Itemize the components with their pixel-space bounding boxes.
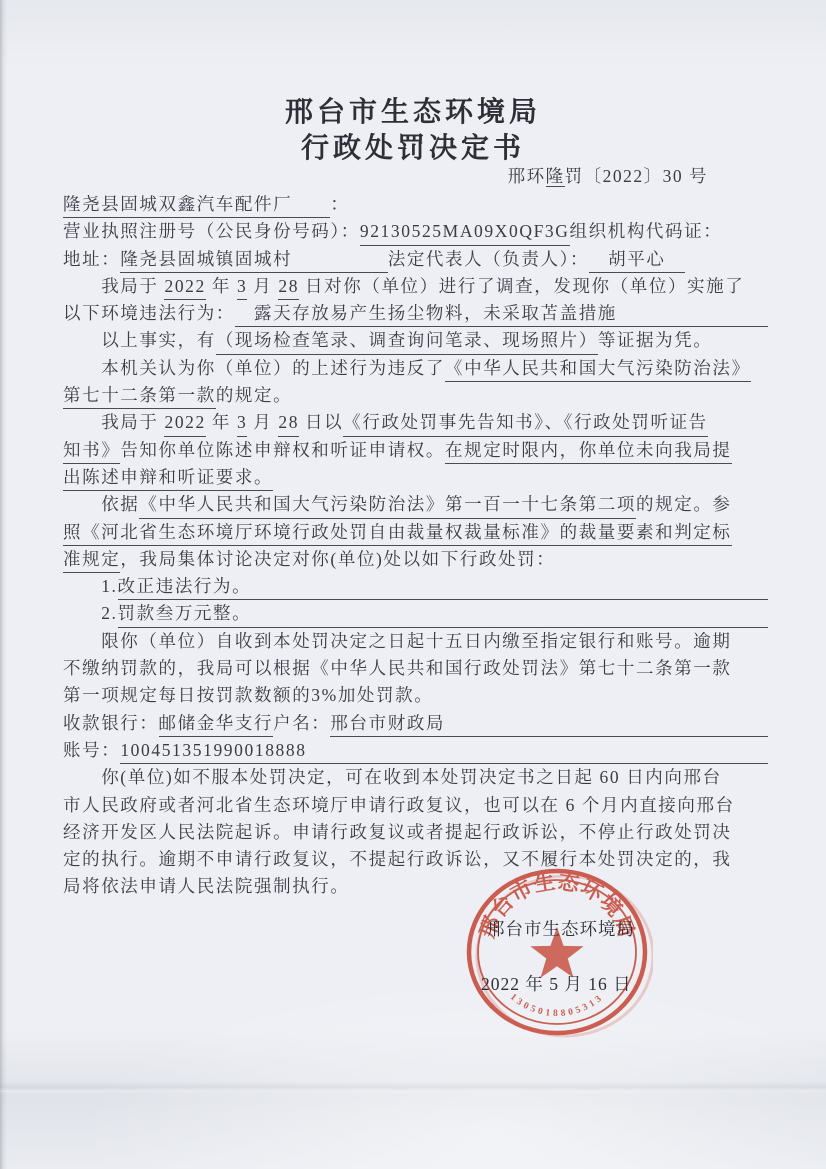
underlined-text-segment: 《中华人民共和国大气污染防治法》 — [445, 355, 751, 382]
text-segment: 月 — [247, 409, 278, 436]
underlined-text-segment: 3 — [237, 409, 247, 436]
document-line: 第一项规定每日按罚款数额的3%加处罚款。 — [63, 682, 768, 709]
text-segment: ，我局集体讨论决定对你(单位)处以如下行政处罚： — [120, 546, 555, 573]
document-line: 本机关认为你（单位）的上述行为违反了《中华人民共和国大气污染防治法》 — [63, 355, 768, 382]
document-line: 以下环境违法行为： 露天存放易产生扬尘物料，未采取苫盖措施 — [63, 300, 768, 327]
document-line: 你(单位)如不服本处罚决定，可在收到本处罚决定书之日起 60 日内向邢台 — [63, 764, 768, 791]
text-segment: 收款银行： — [63, 710, 159, 737]
text-segment: 年 — [206, 409, 237, 436]
document-line: 市人民政府或者河北省生态环境厅申请行政复议，也可以在 6 个月内直接向邢台 — [63, 792, 768, 819]
underlined-text-segment: 出陈述申辩和听证要求。 — [63, 464, 273, 491]
document-line: 出陈述申辩和听证要求。 — [63, 464, 768, 491]
text-segment: 邢环 — [508, 166, 546, 186]
text-segment: 本机关认为你（单位）的上述行为违反了 — [63, 355, 445, 382]
document-line: 我局于 2022 年 3 月 28 日对你（单位）进行了调查，发现你（单位）实施… — [63, 273, 768, 300]
document-line: 账号：100451351990018888 — [63, 737, 768, 764]
text-segment: 月 — [247, 273, 278, 300]
text-segment: 户名： — [273, 710, 330, 737]
text-segment: 法定代表人（负责人）： — [388, 246, 589, 273]
text-segment: ： — [330, 191, 349, 218]
document-line: 照《河北省生态环境厅环境行政处罚自由裁量权裁量标准》的裁量要素和判定标 — [63, 519, 768, 546]
underlined-text-segment: 隆尧县固城镇固城村 — [120, 246, 292, 273]
underlined-text-segment: 改正违法行为。 — [118, 573, 252, 600]
body-lines: 隆尧县固城双鑫汽车配件厂 ：营业执照注册号（公民身份号码）：92130525MA… — [63, 191, 768, 901]
document-line: 我局于 2022 年 3 月 28 日以《行政处罚事先告知书》、《行政处罚听证告 — [63, 409, 768, 436]
blank-underline — [251, 600, 768, 627]
document-line: 2.罚款叁万元整。 — [63, 600, 768, 627]
document-title-agency: 邢台市生态环境局 — [0, 90, 826, 130]
document-line: 准规定，我局集体讨论决定对你(单位)处以如下行政处罚： — [63, 546, 768, 573]
text-segment: 不缴纳罚款的，我局可以根据《中华人民共和国行政处罚法》第七十二条第一款 — [63, 655, 732, 682]
official-seal: 邢台市生态环境局 1305018805313 — [461, 863, 653, 1043]
underlined-text-segment: 照《河北省生态环境厅环境行政处罚自由裁量权裁量标准》的裁量要素和判定标 — [63, 519, 732, 546]
document-line: 第七十二条第一款的规定。 — [63, 382, 768, 409]
document-line: 隆尧县固城双鑫汽车配件厂 ： — [63, 191, 768, 218]
text-segment: 1. — [63, 573, 118, 600]
underlined-text-segment — [292, 191, 330, 218]
underlined-text-segment: 露天存放易产生扬尘物料，未采取苫盖措施 — [235, 300, 617, 327]
underlined-text-segment — [292, 246, 388, 273]
underlined-text-segment: 2022 — [164, 409, 205, 436]
document-line: 收款银行：邮储金华支行户名：邢台市财政局 — [63, 710, 768, 737]
text-segment: 依据 — [63, 491, 139, 518]
text-segment: 限你（单位）自收到本处罚决定之日起十五日内缴至指定银行和账号。逾期 — [63, 628, 732, 655]
underlined-text-segment: 3 — [237, 273, 247, 300]
text-segment: 组织机构代码证： — [570, 218, 723, 245]
document-title-type: 行政处罚决定书 — [0, 126, 826, 166]
svg-text:1305018805313: 1305018805313 — [508, 992, 606, 1019]
blank-underline — [617, 300, 768, 327]
underlined-text-segment: 第七十二条第一款 — [63, 382, 216, 409]
underlined-text-segment: （现场检查笔录、调查询问笔录、现场照片） — [216, 327, 598, 354]
underlined-text-segment: 邢台市财政局 — [330, 710, 445, 737]
text-segment: 你(单位)如不服本处罚决定，可在收到本处罚决定书之日起 60 日内向邢台 — [63, 764, 722, 791]
document-line: 不缴纳罚款的，我局可以根据《中华人民共和国行政处罚法》第七十二条第一款 — [63, 655, 768, 682]
text-segment: 年 — [206, 273, 237, 300]
document-line: 依据《中华人民共和国大气污染防治法》第一百一十七条第二项的规定。参 — [63, 491, 768, 518]
underlined-text-segment: 28 — [278, 409, 299, 436]
text-segment: 2. — [63, 600, 118, 627]
underlined-text-segment: 在规定时限内，你单位未向我局提 — [445, 437, 732, 464]
text-segment: 我局于 — [63, 409, 164, 436]
underlined-text-segment: 胡平心 — [589, 246, 685, 273]
text-segment: 地址： — [63, 246, 120, 273]
seal-code: 1305018805313 — [508, 992, 606, 1019]
text-segment: 以下环境违法行为： — [63, 300, 235, 327]
text-segment: 市人民政府或者河北省生态环境厅申请行政复议，也可以在 6 个月内直接向邢台 — [63, 792, 735, 819]
blank-underline — [307, 737, 768, 764]
document-line: 定的执行。逾期不申请行政复议，不提起行政诉讼，又不履行本处罚决定的，我 — [63, 846, 768, 873]
text-segment: 告知你单位陈述申辩权和听证申请权。 — [120, 437, 445, 464]
document-line: 地址：隆尧县固城镇固城村 法定代表人（负责人）： 胡平心 — [63, 246, 768, 273]
underlined-text-segment: 100451351990018888 — [120, 737, 306, 764]
document-line: 知书》告知你单位陈述申辩权和听证申请权。在规定时限内，你单位未向我局提 — [63, 437, 768, 464]
text-segment: 以上事实，有 — [63, 327, 216, 354]
text-segment: 经济开发区人民法院起诉。申请行政复议或者提起行政诉讼，不停止行政处罚决 — [63, 819, 732, 846]
underlined-text-segment: 隆 — [546, 166, 565, 187]
underlined-text-segment: 罚款叁万元整。 — [118, 600, 252, 627]
underlined-text-segment: 《行政处罚事先告知书》、《行政处罚听证告 — [343, 409, 708, 436]
underlined-text-segment: 邮储金华支行 — [159, 710, 274, 737]
text-segment: 第一项规定每日按罚款数额的3%加处罚款。 — [63, 682, 433, 709]
text-segment: 的规定。参 — [636, 491, 732, 518]
document-line: 营业执照注册号（公民身份号码）：92130525MA09X0QF3G组织机构代码… — [63, 218, 768, 245]
underlined-text-segment: 92130525MA09X0QF3G — [360, 218, 570, 245]
blank-underline — [445, 710, 768, 737]
text-segment: 营业执照注册号（公民身份号码）： — [63, 218, 360, 245]
text-segment: 我局于 — [63, 273, 164, 300]
signature-agency-name: 邢台市生态环境局 — [487, 916, 635, 941]
scanned-document-page: 邢台市生态环境局 行政处罚决定书 邢环隆罚〔2022〕30 号 隆尧县固城双鑫汽… — [0, 0, 826, 1169]
document-line: 以上事实，有（现场检查笔录、调查询问笔录、现场照片）等证据为凭。 — [63, 327, 768, 354]
text-segment: 账号： — [63, 737, 120, 764]
document-line: 局将依法申请人民法院强制执行。 — [63, 873, 768, 900]
blank-underline — [251, 573, 768, 600]
text-segment: 的规定。 — [216, 382, 292, 409]
underlined-text-segment: 28 — [278, 273, 299, 300]
signature-date: 2022 年 5 月 16 日 — [481, 971, 632, 996]
text-segment: 罚〔2022〕30 号 — [565, 166, 708, 186]
underlined-text-segment: 知书》 — [63, 437, 120, 464]
document-line: 经济开发区人民法院起诉。申请行政复议或者提起行政诉讼，不停止行政处罚决 — [63, 819, 768, 846]
doc-number: 邢环隆罚〔2022〕30 号 — [508, 163, 708, 188]
paper-crease — [0, 1082, 826, 1092]
underlined-text-segment: 隆尧县固城双鑫汽车配件厂 — [63, 191, 292, 218]
text-segment: 等证据为凭。 — [598, 327, 713, 354]
document-line: 1.改正违法行为。 — [63, 573, 768, 600]
underlined-text-segment: 2022 — [164, 273, 205, 300]
text-segment: 局将依法申请人民法院强制执行。 — [63, 873, 350, 900]
document-line: 限你（单位）自收到本处罚决定之日起十五日内缴至指定银行和账号。逾期 — [63, 628, 768, 655]
underlined-text-segment: 《中华人民共和国大气污染防治法》第一百一十七条第二项 — [139, 491, 636, 518]
text-segment: 日以 — [299, 409, 343, 436]
text-segment: 日对你（单位）进行了调查，发现你（单位）实施了 — [299, 273, 744, 300]
underlined-text-segment: 准规定 — [63, 546, 120, 573]
